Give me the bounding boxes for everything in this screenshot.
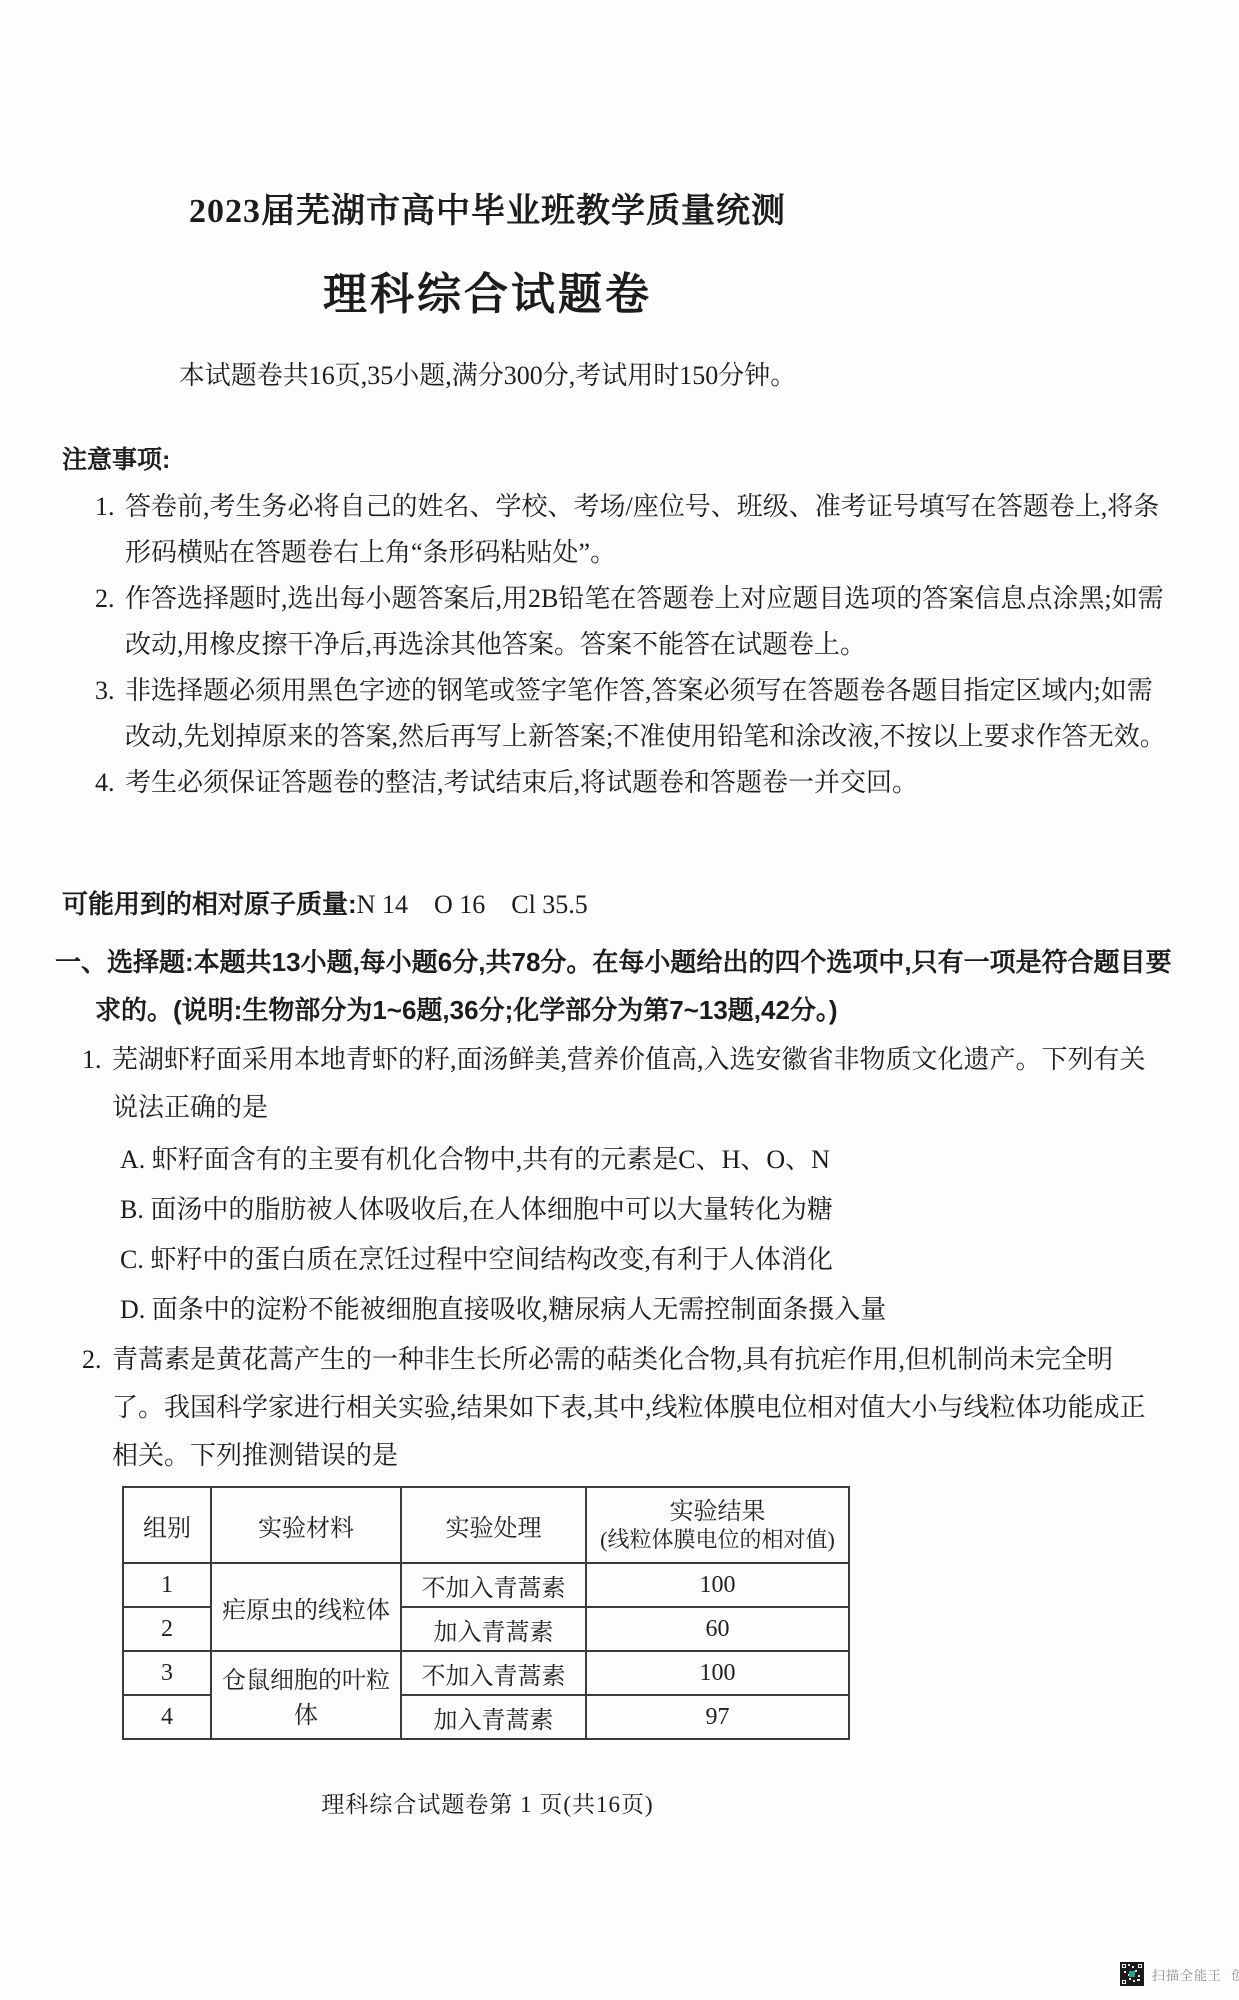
- table-header-row: 组别 实验材料 实验处理 实验结果 (线粒体膜电位的相对值): [123, 1487, 849, 1563]
- section-1-heading: 一、选择题:本题共13小题,每小题6分,共78分。在每小题给出的四个选项中,只有…: [55, 938, 1180, 1034]
- option-a: A. 虾籽面含有的主要有机化合物中,共有的元素是C、H、O、N: [120, 1135, 1152, 1185]
- notice-heading: 注意事项:: [62, 440, 1177, 476]
- atomic-mass-values: N 14 O 16 Cl 35.5: [357, 890, 588, 919]
- cell-group: 1: [123, 1563, 211, 1607]
- table-row: 1 疟原虫的线粒体 不加入青蒿素 100: [123, 1563, 849, 1607]
- question-1-stem: 1. 芜湖虾籽面采用本地青虾的籽,面汤鲜美,营养价值高,入选安徽省非物质文化遗产…: [82, 1036, 1152, 1132]
- question-number: 1.: [82, 1036, 102, 1084]
- table-row: 3 仓鼠细胞的叶粒体 不加入青蒿素 100: [123, 1651, 849, 1695]
- question-1-options: A. 虾籽面含有的主要有机化合物中,共有的元素是C、H、O、N B. 面汤中的脂…: [120, 1135, 1152, 1335]
- notice-list: 1. 答卷前,考生务必将自己的姓名、学校、考场/座位号、班级、准考证号填写在答题…: [62, 484, 1177, 806]
- cell-material: 疟原虫的线粒体: [211, 1563, 401, 1651]
- cell-treatment: 加入青蒿素: [401, 1695, 586, 1739]
- notice-item-4: 4. 考生必须保证答题卷的整洁,考试结束后,将试题卷和答题卷一并交回。: [95, 760, 1177, 806]
- cell-result: 100: [586, 1651, 849, 1695]
- result-header-line1: 实验结果: [591, 1497, 844, 1527]
- cell-treatment: 不加入青蒿素: [401, 1563, 586, 1607]
- paper-header: 2023届芜湖市高中毕业班教学质量统测 理科综合试题卷 本试题卷共16页,35小…: [55, 192, 920, 391]
- page-footer: 理科综合试题卷第 1 页(共16页): [55, 1786, 920, 1819]
- question-2: 2. 青蒿素是黄花蒿产生的一种非生长所必需的萜类化合物,具有抗疟作用,但机制尚未…: [82, 1336, 1152, 1480]
- question-stem-text: 青蒿素是黄花蒿产生的一种非生长所必需的萜类化合物,具有抗疟作用,但机制尚未完全明…: [112, 1345, 1146, 1470]
- notice-item-number: 3.: [95, 668, 115, 714]
- question-2-stem: 2. 青蒿素是黄花蒿产生的一种非生长所必需的萜类化合物,具有抗疟作用,但机制尚未…: [82, 1336, 1152, 1480]
- question-stem-text: 芜湖虾籽面采用本地青虾的籽,面汤鲜美,营养价值高,入选安徽省非物质文化遗产。下列…: [112, 1045, 1146, 1122]
- option-b: B. 面汤中的脂肪被人体吸收后,在人体细胞中可以大量转化为糖: [120, 1185, 1152, 1235]
- notice-item-3: 3. 非选择题必须用黑色字迹的钢笔或签字笔作答,答案必须写在答题卷各题目指定区域…: [95, 668, 1177, 760]
- notice-item-text: 非选择题必须用黑色字迹的钢笔或签字笔作答,答案必须写在答题卷各题目指定区域内;如…: [125, 676, 1166, 751]
- atomic-mass-label: 可能用到的相对原子质量:: [62, 889, 357, 919]
- watermark-text: 扫描全能王 创建: [1152, 1965, 1239, 1984]
- col-header-material: 实验材料: [211, 1487, 401, 1563]
- notice-item-number: 1.: [95, 484, 115, 530]
- paper-subtitle: 理科综合试题卷: [55, 269, 920, 322]
- cell-result: 60: [586, 1607, 849, 1651]
- cell-group: 4: [123, 1695, 211, 1739]
- notice-item-text: 作答选择题时,选出每小题答案后,用2B铅笔在答题卷上对应题目选项的答案信息点涂黑…: [125, 584, 1164, 659]
- notice-item-number: 4.: [95, 760, 115, 806]
- experiment-table: 组别 实验材料 实验处理 实验结果 (线粒体膜电位的相对值) 1 疟原虫的线粒体…: [122, 1486, 850, 1740]
- col-header-group: 组别: [123, 1487, 211, 1563]
- result-header-line2: (线粒体膜电位的相对值): [591, 1527, 844, 1552]
- camscanner-qr-icon: [1120, 1962, 1144, 1986]
- col-header-result: 实验结果 (线粒体膜电位的相对值): [586, 1487, 849, 1563]
- cell-material: 仓鼠细胞的叶粒体: [211, 1651, 401, 1739]
- question-number: 2.: [82, 1336, 102, 1384]
- cell-group: 2: [123, 1607, 211, 1651]
- cell-treatment: 加入青蒿素: [401, 1607, 586, 1651]
- option-c: C. 虾籽中的蛋白质在烹饪过程中空间结构改变,有利于人体消化: [120, 1235, 1152, 1285]
- notice-section: 注意事项: 1. 答卷前,考生务必将自己的姓名、学校、考场/座位号、班级、准考证…: [62, 440, 1177, 806]
- paper-summary-line: 本试题卷共16页,35小题,满分300分,考试用时150分钟。: [55, 360, 920, 391]
- notice-item-text: 考生必须保证答题卷的整洁,考试结束后,将试题卷和答题卷一并交回。: [125, 768, 918, 797]
- cell-group: 3: [123, 1651, 211, 1695]
- atomic-mass-line: 可能用到的相对原子质量:N 14 O 16 Cl 35.5: [62, 884, 588, 921]
- option-d: D. 面条中的淀粉不能被细胞直接吸收,糖尿病人无需控制面条摄入量: [120, 1285, 1152, 1335]
- scanner-watermark: 扫描全能王 创建: [1120, 1962, 1239, 1986]
- cell-result: 100: [586, 1563, 849, 1607]
- notice-item-1: 1. 答卷前,考生务必将自己的姓名、学校、考场/座位号、班级、准考证号填写在答题…: [95, 484, 1177, 576]
- notice-item-number: 2.: [95, 576, 115, 622]
- notice-item-text: 答卷前,考生务必将自己的姓名、学校、考场/座位号、班级、准考证号填写在答题卷上,…: [125, 492, 1159, 567]
- question-1: 1. 芜湖虾籽面采用本地青虾的籽,面汤鲜美,营养价值高,入选安徽省非物质文化遗产…: [82, 1036, 1152, 1335]
- paper-title: 2023届芜湖市高中毕业班教学质量统测: [55, 192, 920, 233]
- col-header-treatment: 实验处理: [401, 1487, 586, 1563]
- cell-result: 97: [586, 1695, 849, 1739]
- cell-treatment: 不加入青蒿素: [401, 1651, 586, 1695]
- exam-paper-page: 2023届芜湖市高中毕业班教学质量统测 理科综合试题卷 本试题卷共16页,35小…: [0, 0, 1239, 2000]
- notice-item-2: 2. 作答选择题时,选出每小题答案后,用2B铅笔在答题卷上对应题目选项的答案信息…: [95, 576, 1177, 668]
